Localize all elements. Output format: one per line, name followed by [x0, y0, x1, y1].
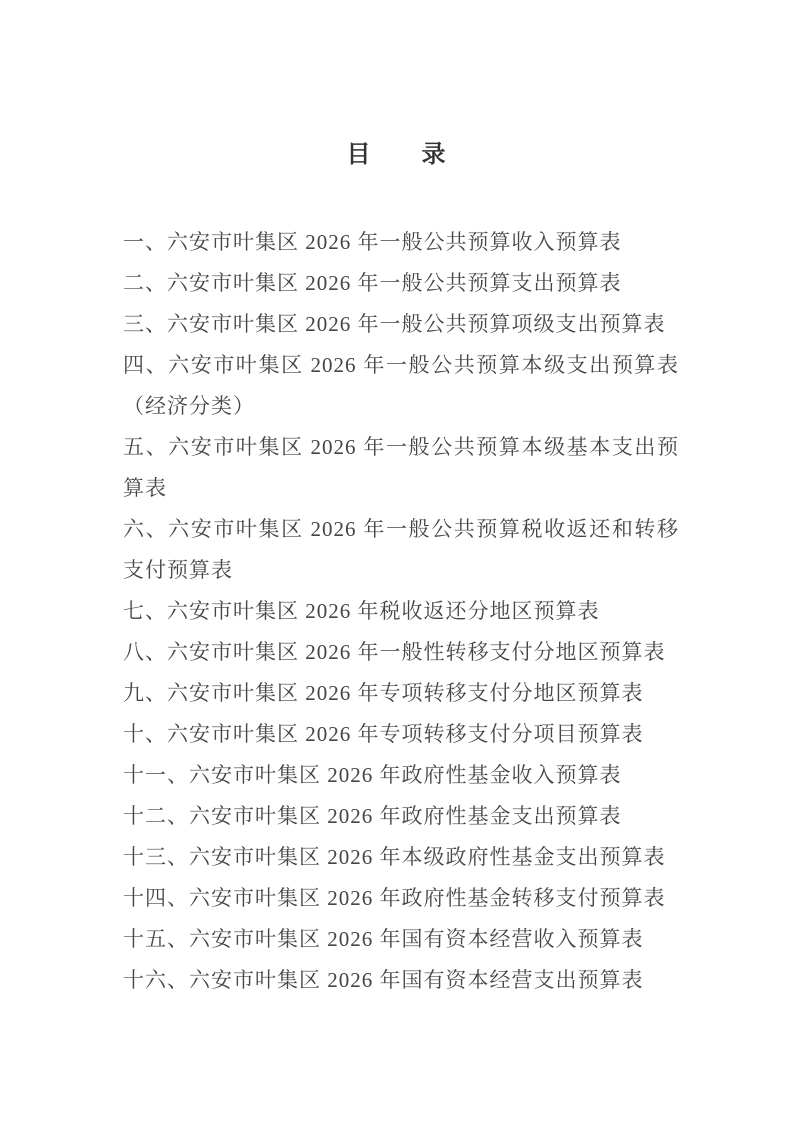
- toc-title: 目 录: [0, 140, 793, 170]
- toc-item-1: 一、六安市叶集区 2026 年一般公共预算收入预算表: [123, 222, 679, 263]
- document-page: 目 录 一、六安市叶集区 2026 年一般公共预算收入预算表 二、六安市叶集区 …: [0, 0, 793, 1122]
- toc-item-2: 二、六安市叶集区 2026 年一般公共预算支出预算表: [123, 263, 679, 304]
- toc-item-6: 六、六安市叶集区 2026 年一般公共预算税收返还和转移支付预算表: [123, 509, 679, 591]
- toc-item-7: 七、六安市叶集区 2026 年税收返还分地区预算表: [123, 591, 679, 632]
- toc-item-3: 三、六安市叶集区 2026 年一般公共预算项级支出预算表: [123, 304, 679, 345]
- toc-item-13: 十三、六安市叶集区 2026 年本级政府性基金支出预算表: [123, 837, 679, 878]
- toc-list: 一、六安市叶集区 2026 年一般公共预算收入预算表 二、六安市叶集区 2026…: [123, 222, 679, 1001]
- toc-item-12: 十二、六安市叶集区 2026 年政府性基金支出预算表: [123, 796, 679, 837]
- toc-item-16: 十六、六安市叶集区 2026 年国有资本经营支出预算表: [123, 960, 679, 1001]
- toc-item-14: 十四、六安市叶集区 2026 年政府性基金转移支付预算表: [123, 878, 679, 919]
- toc-item-9: 九、六安市叶集区 2026 年专项转移支付分地区预算表: [123, 673, 679, 714]
- toc-item-11: 十一、六安市叶集区 2026 年政府性基金收入预算表: [123, 755, 679, 796]
- toc-item-15: 十五、六安市叶集区 2026 年国有资本经营收入预算表: [123, 919, 679, 960]
- toc-item-5: 五、六安市叶集区 2026 年一般公共预算本级基本支出预算表: [123, 427, 679, 509]
- toc-item-8: 八、六安市叶集区 2026 年一般性转移支付分地区预算表: [123, 632, 679, 673]
- toc-item-10: 十、六安市叶集区 2026 年专项转移支付分项目预算表: [123, 714, 679, 755]
- toc-item-4: 四、六安市叶集区 2026 年一般公共预算本级支出预算表（经济分类）: [123, 345, 679, 427]
